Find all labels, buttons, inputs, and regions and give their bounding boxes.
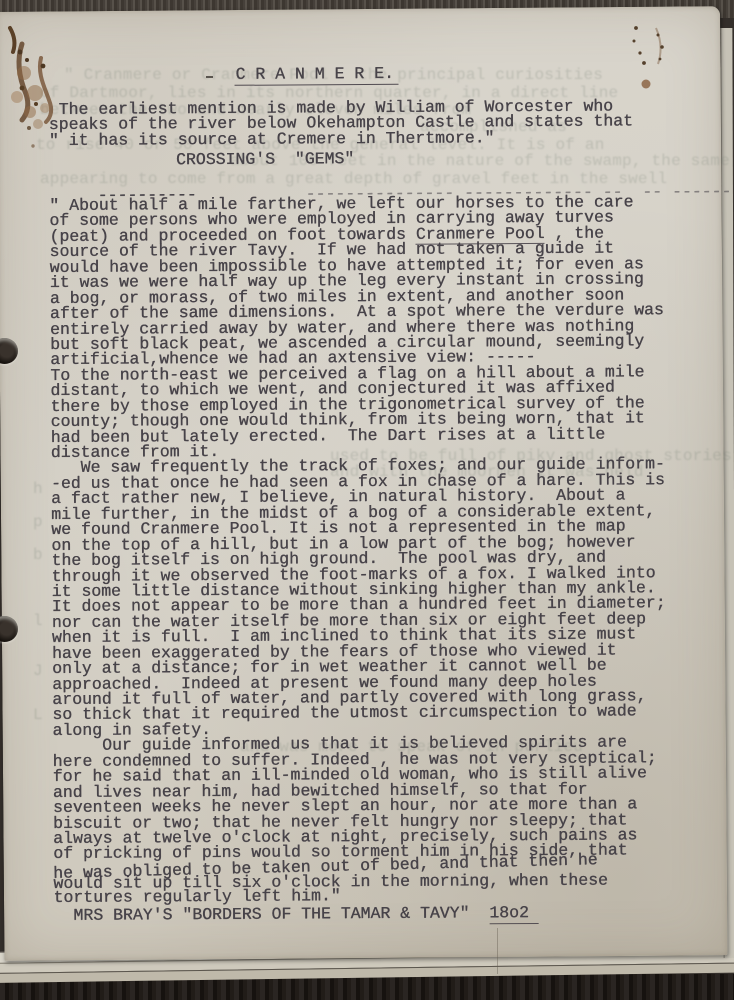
- text-line: " it has its source at Cremere in Thertm…: [49, 129, 633, 148]
- intro-paragraph: The earliest mention is made by William …: [49, 98, 633, 148]
- text-segment: MRS BRAY'S "BORDERS OF THE TAMAR & TAVY": [54, 903, 490, 925]
- underlined-text: 18o2: [489, 903, 539, 924]
- ink-speck: [206, 76, 213, 78]
- page-title: C R A N M E R E.: [234, 64, 399, 86]
- body-text: " About half a mile farther, we left our…: [49, 194, 667, 923]
- text-line: MRS BRAY'S "BORDERS OF THE TAMAR & TAVY"…: [54, 904, 668, 923]
- photographed-typescript-page: " Cranmere or Cranmere Pool the principa…: [0, 0, 734, 1000]
- typed-text-layer: C R A N M E R E. The earliest mention is…: [0, 0, 734, 1000]
